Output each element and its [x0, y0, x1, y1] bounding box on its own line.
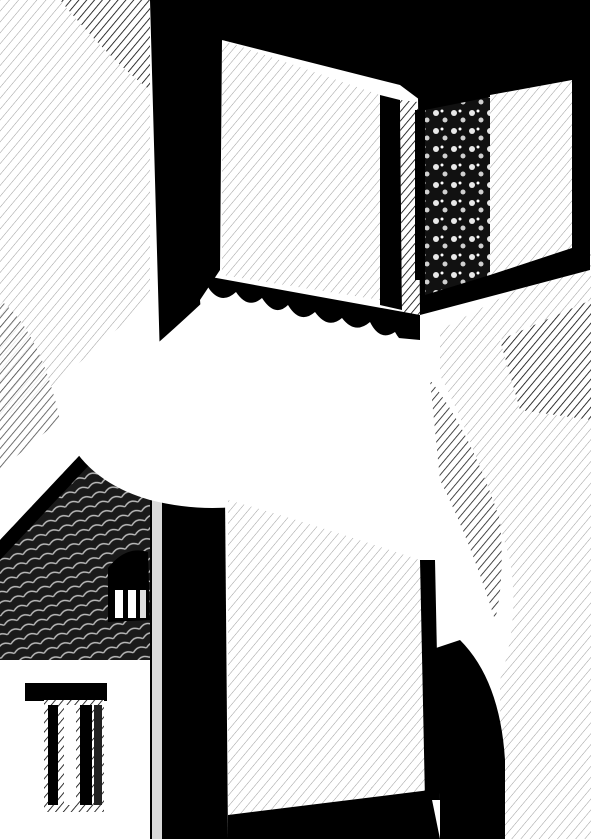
illustration: Open window with blowing curtain	[0, 0, 591, 839]
dormer-window	[108, 550, 150, 622]
window-scene	[0, 0, 591, 839]
open-window-panel	[415, 60, 590, 315]
